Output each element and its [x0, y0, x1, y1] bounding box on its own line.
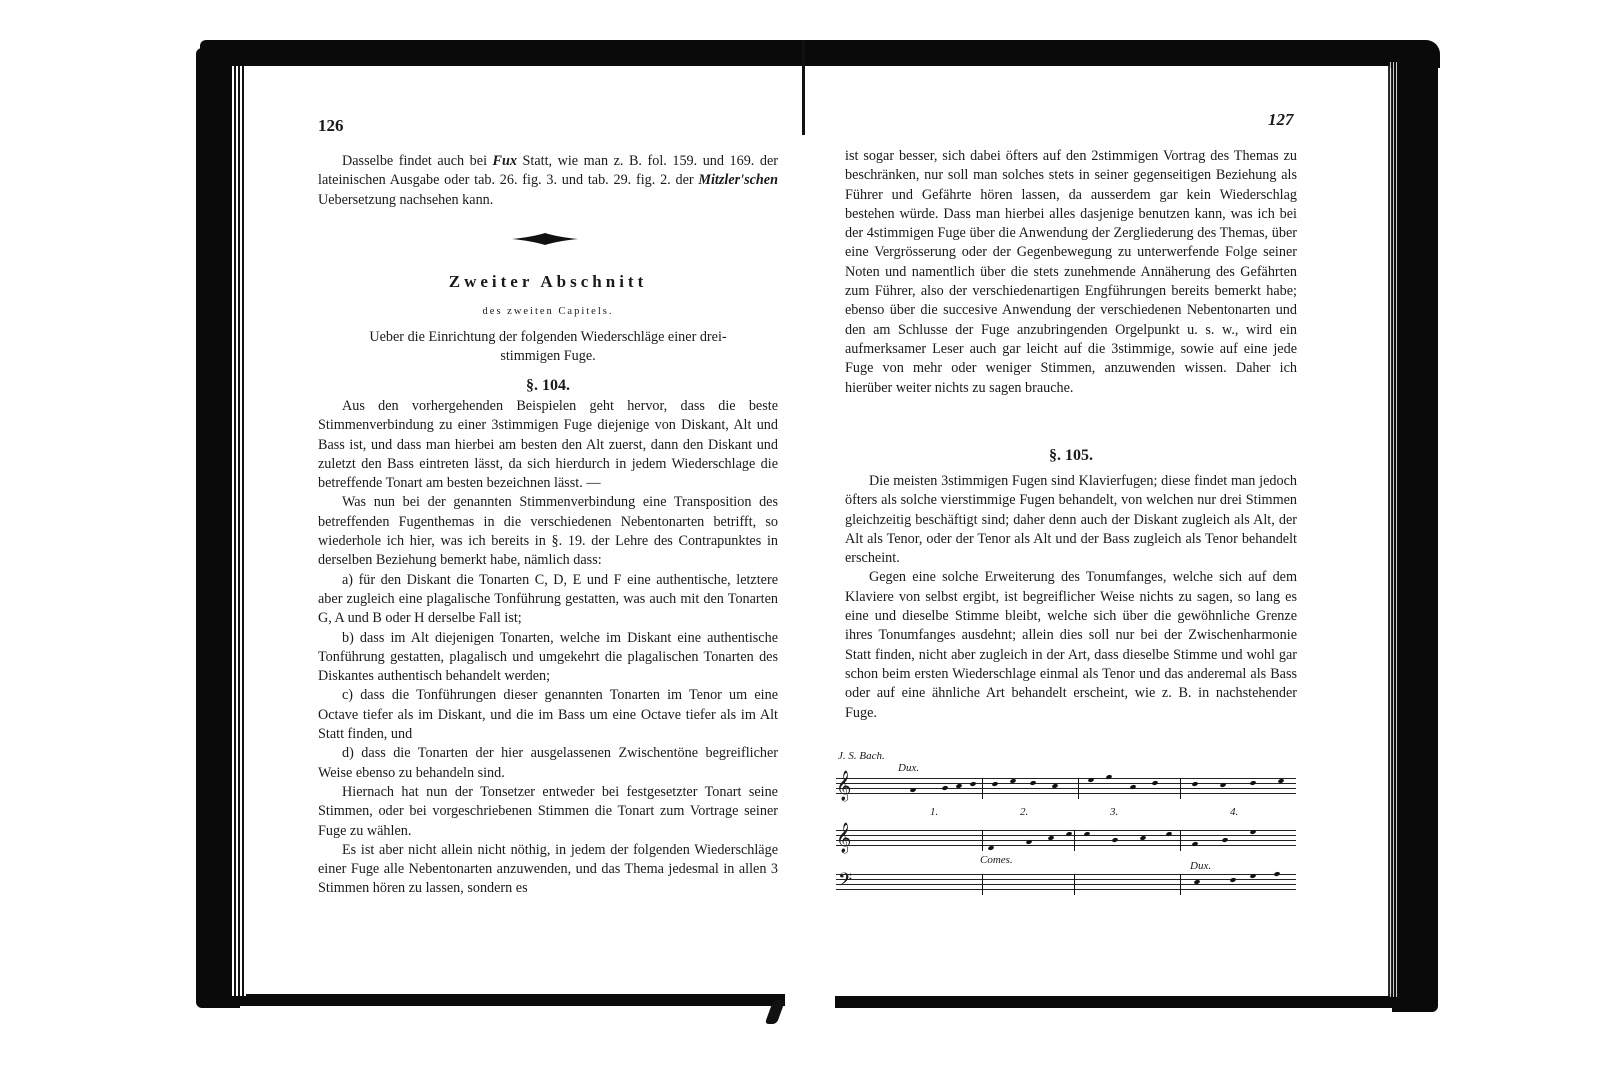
barline	[982, 874, 983, 895]
music-example: J. S. Bach. Dux. 𝄞 1. 2. 3. 4. 𝄞 Comes. …	[830, 750, 1300, 900]
section-heading-line: Ueber die Einrichtung der folgenden Wied…	[318, 328, 778, 347]
right-page-body-top: ist sogar besser, sich dabei öfters auf …	[845, 147, 1297, 398]
paragraph-number-104: §. 104.	[318, 376, 778, 395]
page-edges-left	[232, 66, 246, 996]
treble-clef-icon: 𝄞	[836, 828, 851, 848]
book-cover-top-edge	[200, 40, 1440, 68]
book-cover-bottom-right	[835, 994, 1435, 1008]
section-title: Zweiter Abschnitt	[318, 272, 778, 291]
paragraph: Die meisten 3stimmigen Fugen sind Klavie…	[845, 472, 1297, 568]
barline	[1078, 778, 1079, 799]
page-number-right: 127	[1268, 110, 1294, 130]
barline	[1180, 830, 1181, 851]
staff-bass	[836, 874, 1296, 894]
carryover-paragraph: Dasselbe findet auch bei Fux Statt, wie …	[318, 152, 778, 210]
measure-number: 1.	[930, 806, 938, 818]
section-heading: Ueber die Einrichtung der folgenden Wied…	[318, 328, 778, 367]
paragraph: Gegen eine solche Erweiterung des Tonumf…	[845, 568, 1297, 722]
treble-clef-icon: 𝄞	[836, 776, 851, 796]
book-cover-bottom-left	[205, 992, 785, 1006]
note	[987, 845, 994, 851]
left-page-text: Dasselbe findet auch bei Fux Statt, wie …	[318, 152, 778, 210]
paragraph: ist sogar besser, sich dabei öfters auf …	[845, 147, 1297, 398]
measure-number: 4.	[1230, 806, 1238, 818]
section-heading-line: stimmigen Fuge.	[318, 347, 778, 366]
list-item-b: b) dass im Alt diejenigen Tonarten, welc…	[318, 629, 778, 687]
barline	[1180, 874, 1181, 895]
book-gutter	[802, 40, 805, 135]
left-page-body: Aus den vorhergehenden Beispielen geht h…	[318, 397, 778, 899]
paragraph: Was nun bei der genannten Stimmenverbind…	[318, 493, 778, 570]
paragraph: Hiernach hat nun der Tonsetzer entweder …	[318, 783, 778, 841]
right-page-body-bottom: Die meisten 3stimmigen Fugen sind Klavie…	[845, 472, 1297, 723]
emphasis: Fux	[493, 153, 517, 169]
barline	[1074, 830, 1075, 851]
barline	[1180, 778, 1181, 799]
paragraph: Es ist aber nicht allein nicht nöthig, i…	[318, 841, 778, 899]
page-edges-right	[1388, 62, 1398, 997]
list-item-c: c) dass die Tonführungen dieser genannte…	[318, 686, 778, 744]
paragraph-number-105: §. 105.	[845, 446, 1297, 465]
composer-label: J. S. Bach.	[838, 750, 885, 762]
barline	[982, 778, 983, 799]
dux-label: Dux.	[898, 762, 919, 774]
barline	[982, 830, 983, 851]
barline	[1074, 874, 1075, 895]
dux-bass-label: Dux.	[1190, 860, 1211, 872]
book-cover-right-edge	[1392, 62, 1438, 1012]
bass-clef-icon: 𝄢	[838, 872, 852, 892]
list-item-a: a) für den Diskant die Tonarten C, D, E …	[318, 571, 778, 629]
measure-number: 3.	[1110, 806, 1118, 818]
page-number-left: 126	[318, 116, 344, 136]
list-item-d: d) dass die Tonarten der hier ausgelasse…	[318, 744, 778, 783]
measure-number: 2.	[1020, 806, 1028, 818]
ornament-divider-icon	[512, 233, 578, 245]
comes-label: Comes.	[980, 854, 1013, 866]
paragraph: Aus den vorhergehenden Beispielen geht h…	[318, 397, 778, 493]
section-subtitle: des zweiten Capitels.	[318, 302, 778, 321]
emphasis: Mitzler'schen	[698, 172, 778, 188]
staff-treble-1	[836, 778, 1296, 798]
